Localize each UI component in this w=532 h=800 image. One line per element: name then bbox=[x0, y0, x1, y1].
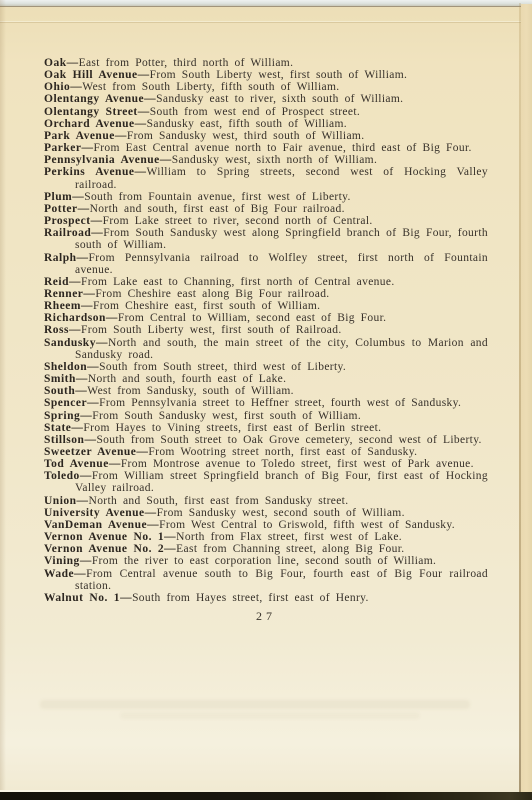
street-name: Parker bbox=[44, 142, 81, 154]
separator-dash: — bbox=[80, 470, 92, 482]
page-number: 27 bbox=[44, 609, 488, 624]
separator-dash: — bbox=[147, 519, 159, 531]
directory-entry: Oak Hill Avenue—From South Liberty west,… bbox=[44, 69, 488, 81]
separator-dash: — bbox=[120, 592, 132, 604]
street-description: From Sandusky west, second south of Will… bbox=[157, 507, 405, 519]
directory-entry: Vernon Avenue No. 1—North from Flax stre… bbox=[44, 531, 488, 543]
street-description: Sandusky east to river, sixth south of W… bbox=[156, 93, 403, 105]
separator-dash: — bbox=[67, 57, 79, 69]
street-description: West from South Liberty, fifth south of … bbox=[82, 81, 339, 93]
street-name: Union bbox=[44, 495, 77, 507]
street-description: South from South street, third west of L… bbox=[99, 361, 346, 373]
directory-entry: Richardson—From Central to William, seco… bbox=[44, 312, 488, 324]
separator-dash: — bbox=[75, 385, 87, 397]
separator-dash: — bbox=[109, 458, 121, 470]
street-description: From South Sandusky west, first south of… bbox=[92, 410, 361, 422]
street-name: Vernon Avenue No. 1 bbox=[44, 531, 164, 543]
separator-dash: — bbox=[81, 300, 93, 312]
street-description: From Montrose avenue to Toledo street, f… bbox=[121, 458, 474, 470]
directory-entry: Smith—North and south, fourth east of La… bbox=[44, 373, 488, 385]
separator-dash: — bbox=[87, 397, 99, 409]
directory-entry: VanDeman Avenue—From West Central to Gri… bbox=[44, 519, 488, 531]
separator-dash: — bbox=[77, 252, 89, 264]
street-description: From West Central to Griswold, fifth wes… bbox=[159, 519, 455, 531]
directory-entry: Parker—From East Central avenue north to… bbox=[44, 142, 488, 154]
street-description: North and south, the main street of the … bbox=[75, 337, 488, 361]
street-description: From East Central avenue north to Fair a… bbox=[93, 142, 471, 154]
directory-entry: Plum—South from Fountain avenue, first w… bbox=[44, 191, 488, 203]
street-description: North and south, fourth east of Lake. bbox=[88, 373, 286, 385]
directory-entry: Potter—North and south, first east of Bi… bbox=[44, 203, 488, 215]
directory-entry: Oak—East from Potter, third north of Wil… bbox=[44, 57, 488, 69]
directory-entry: Ross—From South Liberty west, first sout… bbox=[44, 324, 488, 336]
separator-dash: — bbox=[164, 543, 176, 555]
separator-dash: — bbox=[96, 337, 108, 349]
directory-entry: Olentangy Street—South from west end of … bbox=[44, 106, 488, 118]
scan-edge-top bbox=[0, 0, 532, 7]
directory-entry: Vining—From the river to east corporatio… bbox=[44, 555, 488, 567]
directory-entry: Rheem—From Cheshire east, first south of… bbox=[44, 300, 488, 312]
directory-entry: Railroad—From South Sandusky west along … bbox=[44, 227, 488, 251]
street-name: Walnut No. 1 bbox=[44, 592, 120, 604]
street-description: From South Liberty west, first south of … bbox=[150, 69, 408, 81]
street-name: Park Avenue bbox=[44, 130, 115, 142]
street-name: Wade bbox=[44, 568, 74, 580]
street-name: Sandusky bbox=[44, 337, 96, 349]
separator-dash: — bbox=[91, 227, 103, 239]
street-description: North and south, first east of Big Four … bbox=[90, 203, 345, 215]
separator-dash: — bbox=[72, 191, 84, 203]
reverse-side-impression bbox=[40, 700, 470, 709]
street-description: From Hayes to Vining streets, first east… bbox=[83, 422, 381, 434]
street-description: North and South, first east from Sandusk… bbox=[89, 495, 349, 507]
street-name: State bbox=[44, 422, 71, 434]
street-description: From Lake east to Channing, first north … bbox=[81, 276, 395, 288]
page-top-crease bbox=[0, 22, 532, 23]
directory-entry: Olentangy Avenue—Sandusky east to river,… bbox=[44, 93, 488, 105]
street-description: From Cheshire east, first south of Willi… bbox=[93, 300, 320, 312]
street-name: Richardson bbox=[44, 312, 106, 324]
separator-dash: — bbox=[91, 215, 103, 227]
street-name: University Avenue bbox=[44, 507, 145, 519]
directory-entry: Union—North and South, first east from S… bbox=[44, 495, 488, 507]
directory-entry: Prospect—From Lake street to river, seco… bbox=[44, 215, 488, 227]
page-left-shadow bbox=[0, 0, 6, 800]
street-description: From Cheshire east along Big Four railro… bbox=[95, 288, 329, 300]
street-name: Pennsylvania Avenue bbox=[44, 154, 160, 166]
street-description: From Central to William, second east of … bbox=[118, 312, 387, 324]
street-description: East from Potter, third north of William… bbox=[79, 57, 294, 69]
separator-dash: — bbox=[84, 434, 96, 446]
scan-edge-bottom bbox=[0, 792, 532, 800]
separator-dash: — bbox=[145, 507, 157, 519]
separator-dash: — bbox=[78, 203, 90, 215]
separator-dash: — bbox=[87, 361, 99, 373]
page-right-edge bbox=[519, 3, 521, 794]
street-description: From Wootring street north, first east o… bbox=[148, 446, 417, 458]
separator-dash: — bbox=[81, 142, 93, 154]
directory-entry: Toledo—From William street Springfield b… bbox=[44, 470, 488, 494]
separator-dash: — bbox=[135, 118, 147, 130]
separator-dash: — bbox=[136, 446, 148, 458]
street-name: Prospect bbox=[44, 215, 91, 227]
street-description: South from Fountain avenue, first west o… bbox=[84, 191, 351, 203]
street-name: Orchard Avenue bbox=[44, 118, 135, 130]
directory-entry: Vernon Avenue No. 2—East from Channing s… bbox=[44, 543, 488, 555]
separator-dash: — bbox=[71, 422, 83, 434]
street-name: Stillson bbox=[44, 434, 84, 446]
page-right-margin bbox=[521, 4, 532, 800]
street-description: From Sandusky west, third south of Willi… bbox=[127, 130, 365, 142]
street-description: West from Sandusky, south of William. bbox=[87, 385, 294, 397]
street-name: Olentangy Avenue bbox=[44, 93, 144, 105]
street-name: Vernon Avenue No. 2 bbox=[44, 543, 164, 555]
separator-dash: — bbox=[134, 166, 146, 178]
street-name: Railroad bbox=[44, 227, 91, 239]
street-description: Sandusky west, sixth north of William. bbox=[172, 154, 377, 166]
street-description: From William street Springfield branch o… bbox=[75, 470, 488, 494]
directory-entry: University Avenue—From Sandusky west, se… bbox=[44, 507, 488, 519]
street-name: Sweetzer Avenue bbox=[44, 446, 136, 458]
separator-dash: — bbox=[160, 154, 172, 166]
directory-entry: Renner—From Cheshire east along Big Four… bbox=[44, 288, 488, 300]
street-description: South from Hayes street, first east of H… bbox=[132, 592, 369, 604]
directory-entry: Sweetzer Avenue—From Wootring street nor… bbox=[44, 446, 488, 458]
separator-dash: — bbox=[76, 373, 88, 385]
directory-entry: Spring—From South Sandusky west, first s… bbox=[44, 410, 488, 422]
street-description: From South Liberty west, first south of … bbox=[81, 324, 342, 336]
directory-entry: Tod Avenue—From Montrose avenue to Toled… bbox=[44, 458, 488, 470]
separator-dash: — bbox=[74, 568, 86, 580]
street-name: Plum bbox=[44, 191, 72, 203]
street-name: Rheem bbox=[44, 300, 81, 312]
directory-entry: Walnut No. 1—South from Hayes street, fi… bbox=[44, 592, 488, 604]
separator-dash: — bbox=[138, 106, 150, 118]
street-description: South from South street to Oak Grove cem… bbox=[96, 434, 481, 446]
directory-entry: Stillson—South from South street to Oak … bbox=[44, 434, 488, 446]
street-name: Vining bbox=[44, 555, 80, 567]
street-description: North from Flax street, first west of La… bbox=[176, 531, 402, 543]
street-description: Sandusky east, fifth south of William. bbox=[147, 118, 347, 130]
street-name: Ralph bbox=[44, 252, 77, 264]
street-name: Reid bbox=[44, 276, 69, 288]
street-name: Smith bbox=[44, 373, 76, 385]
street-name: Tod Avenue bbox=[44, 458, 109, 470]
separator-dash: — bbox=[106, 312, 118, 324]
directory-entry: Sandusky—North and south, the main stree… bbox=[44, 337, 488, 361]
street-list: Oak—East from Potter, third north of Wil… bbox=[44, 57, 488, 604]
separator-dash: — bbox=[138, 69, 150, 81]
street-name: Sheldon bbox=[44, 361, 87, 373]
street-name: Perkins Avenue bbox=[44, 166, 134, 178]
street-name: Renner bbox=[44, 288, 83, 300]
directory-entry: Spencer—From Pennsylvania street to Heff… bbox=[44, 397, 488, 409]
separator-dash: — bbox=[83, 288, 95, 300]
separator-dash: — bbox=[70, 81, 82, 93]
directory-entry: State—From Hayes to Vining streets, firs… bbox=[44, 422, 488, 434]
directory-page: Oak—East from Potter, third north of Wil… bbox=[44, 57, 488, 624]
directory-entry: Orchard Avenue—Sandusky east, fifth sout… bbox=[44, 118, 488, 130]
street-description: South from west end of Prospect street. bbox=[150, 106, 360, 118]
directory-entry: South—West from Sandusky, south of Willi… bbox=[44, 385, 488, 397]
directory-entry: Ohio—West from South Liberty, fifth sout… bbox=[44, 81, 488, 93]
street-name: South bbox=[44, 385, 75, 397]
street-description: East from Channing street, along Big Fou… bbox=[176, 543, 404, 555]
separator-dash: — bbox=[69, 324, 81, 336]
separator-dash: — bbox=[144, 93, 156, 105]
separator-dash: — bbox=[80, 555, 92, 567]
directory-entry: Pennsylvania Avenue—Sandusky west, sixth… bbox=[44, 154, 488, 166]
separator-dash: — bbox=[115, 130, 127, 142]
street-name: Olentangy Street bbox=[44, 106, 138, 118]
directory-entry: Reid—From Lake east to Channing, first n… bbox=[44, 276, 488, 288]
directory-entry: Ralph—From Pennsylvania railroad to Wolf… bbox=[44, 252, 488, 276]
street-description: From Lake street to river, second north … bbox=[103, 215, 373, 227]
directory-entry: Sheldon—South from South street, third w… bbox=[44, 361, 488, 373]
street-description: From Pennsylvania street to Heffner stre… bbox=[99, 397, 461, 409]
street-description: From South Sandusky west along Springfie… bbox=[75, 227, 488, 251]
street-name: Spring bbox=[44, 410, 80, 422]
street-name: Ross bbox=[44, 324, 69, 336]
street-name: Oak bbox=[44, 57, 67, 69]
directory-entry: Park Avenue—From Sandusky west, third so… bbox=[44, 130, 488, 142]
separator-dash: — bbox=[164, 531, 176, 543]
separator-dash: — bbox=[69, 276, 81, 288]
street-name: Potter bbox=[44, 203, 78, 215]
directory-entry: Perkins Avenue—William to Spring streets… bbox=[44, 166, 488, 190]
street-description: From Central avenue south to Big Four, f… bbox=[75, 568, 488, 592]
directory-entry: Wade—From Central avenue south to Big Fo… bbox=[44, 568, 488, 592]
street-name: Ohio bbox=[44, 81, 70, 93]
street-name: Oak Hill Avenue bbox=[44, 69, 138, 81]
street-description: From Pennsylvania railroad to Wolfley st… bbox=[75, 252, 488, 276]
street-description: From the river to east corporation line,… bbox=[92, 555, 436, 567]
street-name: Toledo bbox=[44, 470, 80, 482]
separator-dash: — bbox=[77, 495, 89, 507]
separator-dash: — bbox=[80, 410, 92, 422]
reverse-side-impression bbox=[120, 712, 420, 719]
street-name: VanDeman Avenue bbox=[44, 519, 147, 531]
street-name: Spencer bbox=[44, 397, 87, 409]
